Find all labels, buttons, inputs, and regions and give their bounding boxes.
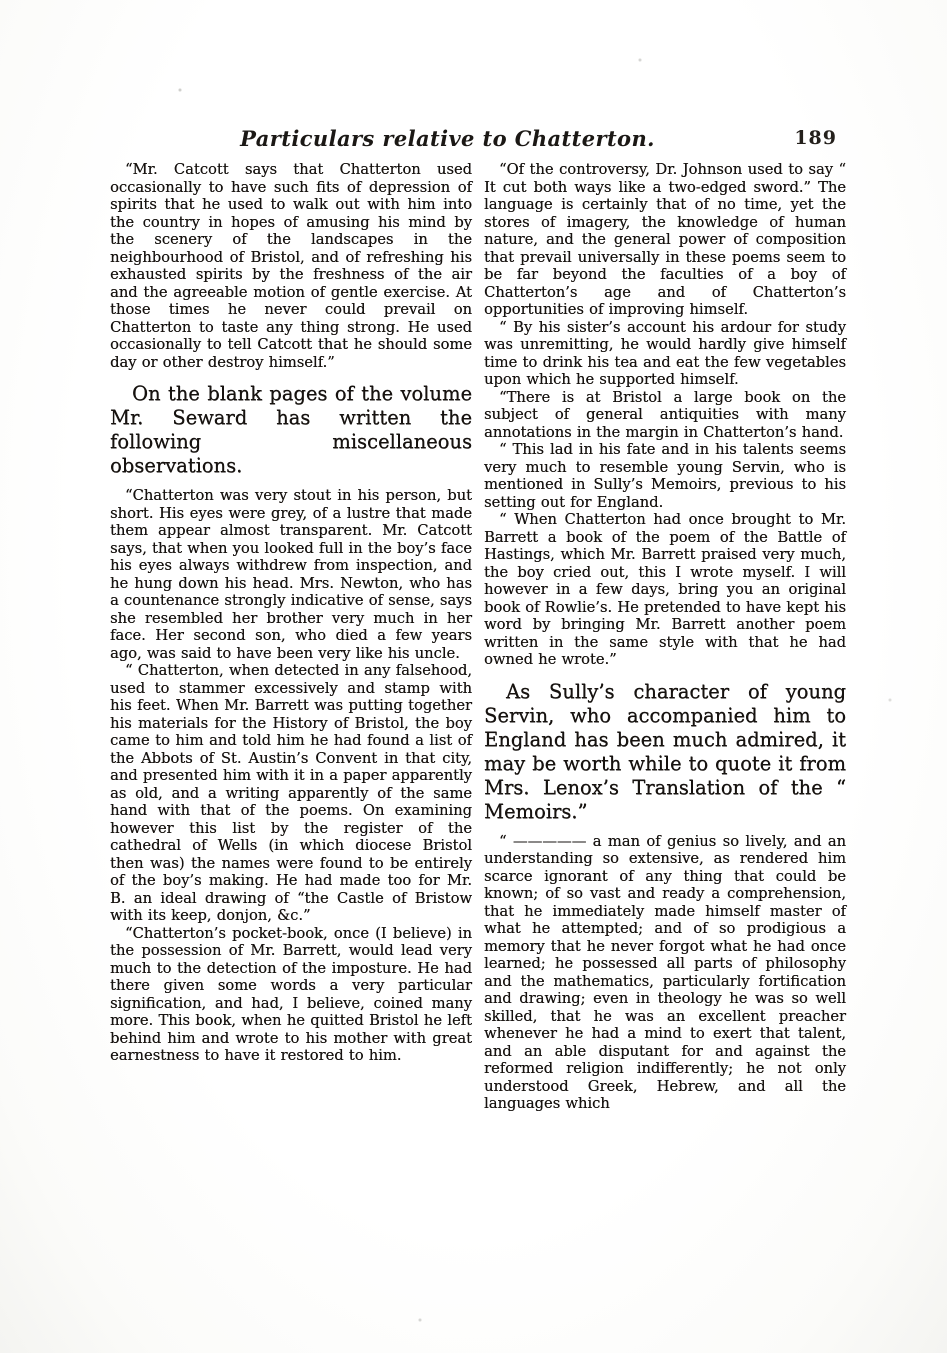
left-column: “Mr. Catcott says that Chatterton used o…: [110, 161, 472, 1113]
paragraph: “ When Chatterton had once brought to Mr…: [484, 511, 846, 669]
paragraph: “ Chatterton, when detected in any false…: [110, 662, 472, 925]
page-title: Particulars relative to Chatterton.: [110, 126, 785, 151]
page-number: 189: [794, 127, 837, 149]
paragraph: As Sully’s character of young Servin, wh…: [484, 680, 846, 824]
paragraph: “Chatterton’s pocket-book, once (I belie…: [110, 925, 472, 1065]
paragraph: “ This lad in his fate and in his talent…: [484, 441, 846, 511]
paragraph: “ By his sister’s account his ardour for…: [484, 319, 846, 389]
paragraph: “Chatterton was very stout in his person…: [110, 487, 472, 662]
paragraph: “ ————— a man of genius so lively, and a…: [484, 833, 846, 1113]
paragraph: “There is at Bristol a large book on the…: [484, 389, 846, 442]
paragraph: On the blank pages of the volume Mr. Sew…: [110, 382, 472, 478]
running-head: Particulars relative to Chatterton. 189: [110, 126, 845, 156]
paragraph: “Mr. Catcott says that Chatterton used o…: [110, 161, 472, 371]
right-column: “Of the controversy, Dr. Johnson used to…: [484, 161, 846, 1113]
paragraph: “Of the controversy, Dr. Johnson used to…: [484, 161, 846, 319]
text-columns: “Mr. Catcott says that Chatterton used o…: [110, 161, 847, 1113]
document-page: Particulars relative to Chatterton. 189 …: [0, 0, 947, 1353]
